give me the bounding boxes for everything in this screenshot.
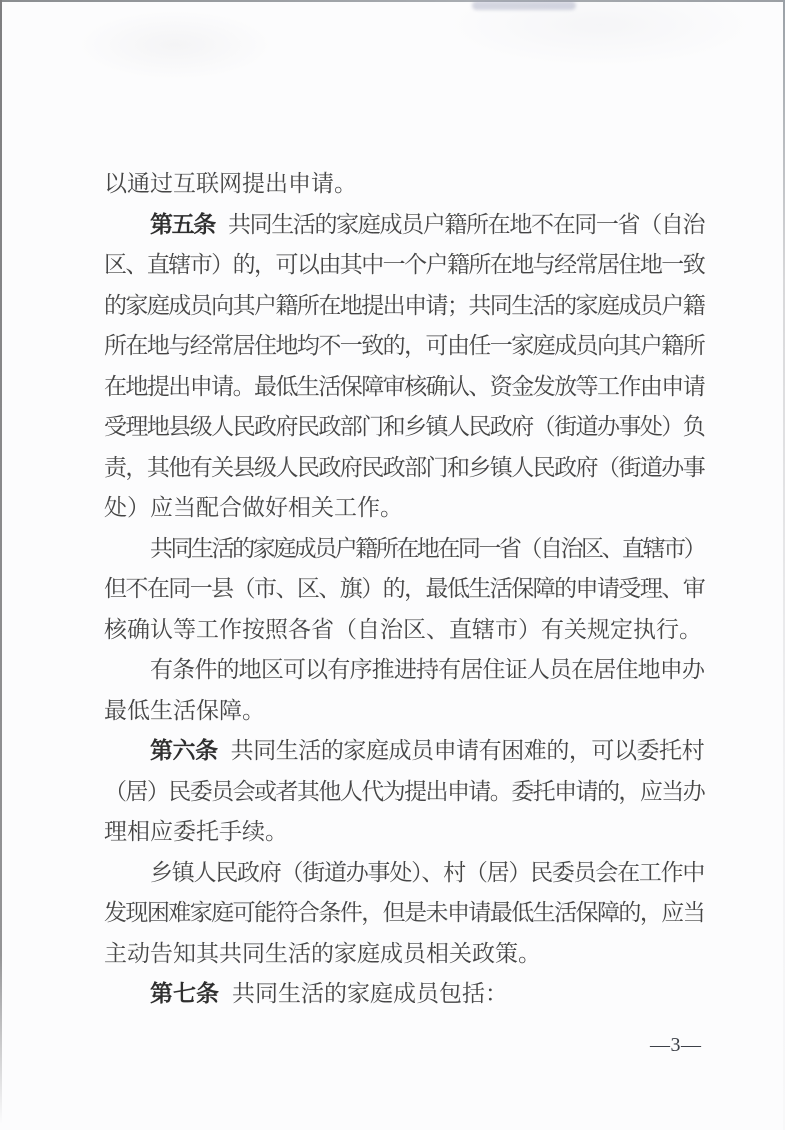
line-text: 乡镇人民政府（街道办事处）、村（居）民委员会在工作中 (150, 860, 704, 885)
scan-edge-top (0, 0, 785, 2)
line-text: 受理地县级人民政府民政部门和乡镇人民政府（街道办事处）负 (104, 414, 704, 439)
line-text: 以通过互联网提出申请。 (104, 171, 357, 196)
text-line: 发现困难家庭可能符合条件，但是未申请最低生活保障的，应当 (104, 893, 704, 934)
line-text: 共同生活的家庭成员户籍所在地在同一省（自治区、直辖市） (150, 536, 704, 561)
article-line: 第五条共同生活的家庭成员户籍所在地不在同一省（自治 (104, 205, 704, 246)
scan-smudge (472, 1, 576, 10)
text-block: 以通过互联网提出申请。第五条共同生活的家庭成员户籍所在地不在同一省（自治区、直辖… (104, 164, 704, 1015)
line-text: 共同生活的家庭成员户籍所在地不在同一省（自治 (228, 212, 704, 237)
text-line: 共同生活的家庭成员户籍所在地在同一省（自治区、直辖市） (104, 529, 704, 570)
line-text: 的家庭成员向其户籍所在地提出申请；共同生活的家庭成员户籍 (104, 293, 704, 318)
text-line: 主动告知其共同生活的家庭成员相关政策。 (104, 934, 704, 975)
line-text: 核确认等工作按照各省（自治区、直辖市）有关规定执行。 (104, 617, 702, 642)
text-line: 在地提出申请。最低生活保障审核确认、资金发放等工作由申请 (104, 367, 704, 408)
text-line: 区、直辖市）的，可以由其中一个户籍所在地与经常居住地一致 (104, 245, 704, 286)
text-line: 以通过互联网提出申请。 (104, 164, 704, 205)
line-text: 责，其他有关县级人民政府民政部门和乡镇人民政府（街道办事 (104, 455, 704, 480)
text-line: 受理地县级人民政府民政部门和乡镇人民政府（街道办事处）负 (104, 407, 704, 448)
line-text: 处）应当配合做好相关工作。 (104, 495, 403, 520)
line-text: 有条件的地区可以有序推进持有居住证人员在居住地申办 (150, 657, 704, 682)
line-text: 区、直辖市）的，可以由其中一个户籍所在地与经常居住地一致 (104, 252, 704, 277)
text-line: 核确认等工作按照各省（自治区、直辖市）有关规定执行。 (104, 610, 704, 651)
article-number: 第五条 (150, 212, 215, 237)
line-text: 主动告知其共同生活的家庭成员相关政策。 (104, 941, 541, 966)
text-line: 的家庭成员向其户籍所在地提出申请；共同生活的家庭成员户籍 (104, 286, 704, 327)
text-line: （居）民委员会或者其他人代为提出申请。委托申请的，应当办 (104, 772, 704, 813)
line-text: 在地提出申请。最低生活保障审核确认、资金发放等工作由申请 (104, 374, 704, 399)
line-text: 但不在同一县（市、区、旗）的，最低生活保障的申请受理、审 (104, 576, 704, 601)
text-line: 乡镇人民政府（街道办事处）、村（居）民委员会在工作中 (104, 853, 704, 894)
scan-edge-left (0, 0, 2, 1124)
text-line: 所在地与经常居住地均不一致的，可由任一家庭成员向其户籍所 (104, 326, 704, 367)
document-page: 以通过互联网提出申请。第五条共同生活的家庭成员户籍所在地不在同一省（自治区、直辖… (0, 0, 785, 1130)
article-line: 第六条共同生活的家庭成员申请有困难的，可以委托村 (104, 731, 704, 772)
line-text: 最低生活保障。 (104, 698, 265, 723)
line-text: （居）民委员会或者其他人代为提出申请。委托申请的，应当办 (104, 779, 704, 804)
text-line: 责，其他有关县级人民政府民政部门和乡镇人民政府（街道办事 (104, 448, 704, 489)
article-line: 第七条共同生活的家庭成员包括： (104, 974, 704, 1015)
line-text: 发现困难家庭可能符合条件，但是未申请最低生活保障的，应当 (104, 900, 704, 925)
line-text: 所在地与经常居住地均不一致的，可由任一家庭成员向其户籍所 (104, 333, 704, 358)
text-line: 但不在同一县（市、区、旗）的，最低生活保障的申请受理、审 (104, 569, 704, 610)
text-line: 最低生活保障。 (104, 691, 704, 732)
article-number: 第六条 (150, 738, 218, 763)
page-number: —3— (650, 1033, 720, 1057)
text-line: 处）应当配合做好相关工作。 (104, 488, 704, 529)
line-text: 共同生活的家庭成员申请有困难的，可以委托村 (231, 738, 704, 763)
article-number: 第七条 (150, 981, 219, 1006)
line-text: 理相应委托手续。 (104, 819, 288, 844)
line-text: 共同生活的家庭成员包括： (232, 981, 508, 1006)
text-line: 有条件的地区可以有序推进持有居住证人员在居住地申办 (104, 650, 704, 691)
text-line: 理相应委托手续。 (104, 812, 704, 853)
